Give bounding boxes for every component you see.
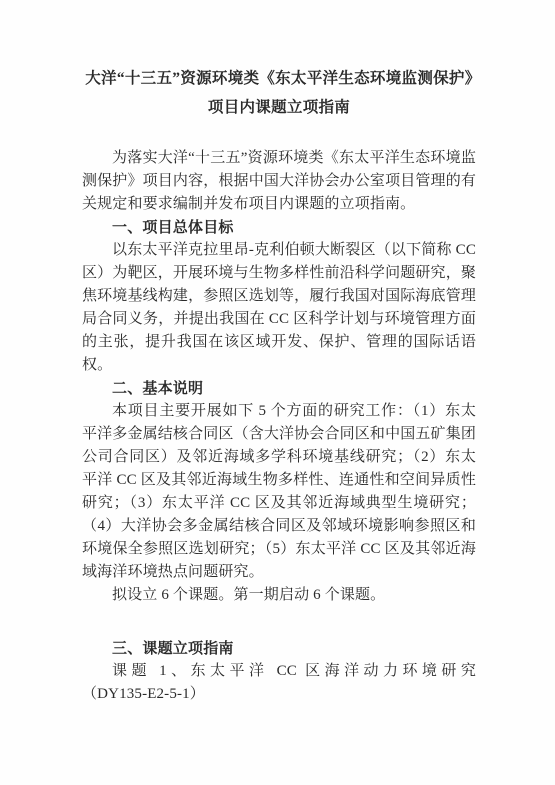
document-page: 大洋“十三五”资源环境类《东太平洋生态环境监测保护》项目内课题立项指南 为落实大…: [0, 0, 555, 785]
section-1-heading: 一、项目总体目标: [82, 216, 476, 239]
topic-1-code-line: （DY135-E2-5-1）: [82, 683, 476, 706]
section-3-heading: 三、课题立项指南: [82, 637, 476, 660]
document-title: 大洋“十三五”资源环境类《东太平洋生态环境监测保护》项目内课题立项指南: [82, 64, 476, 122]
intro-paragraph: 为落实大洋“十三五”资源环境类《东太平洋生态环境监测保护》项目内容，根据中国大洋…: [82, 147, 476, 216]
topic-1-title-line: 课题 1、东太平洋 CC 区海洋动力环境研究: [82, 660, 476, 683]
section-2-paragraph-2: 拟设立 6 个课题。第一期启动 6 个课题。: [82, 584, 476, 607]
section-2-paragraph: 本项目主要开展如下 5 个方面的研究工作：（1）东太平洋多金属结核合同区（含大洋…: [82, 400, 476, 584]
document-content: 大洋“十三五”资源环境类《东太平洋生态环境监测保护》项目内课题立项指南 为落实大…: [82, 64, 476, 706]
section-1-paragraph: 以东太平洋克拉里昂-克利伯顿大断裂区（以下简称 CC 区）为靶区，开展环境与生物…: [82, 239, 476, 377]
section-2-heading: 二、基本说明: [82, 377, 476, 400]
